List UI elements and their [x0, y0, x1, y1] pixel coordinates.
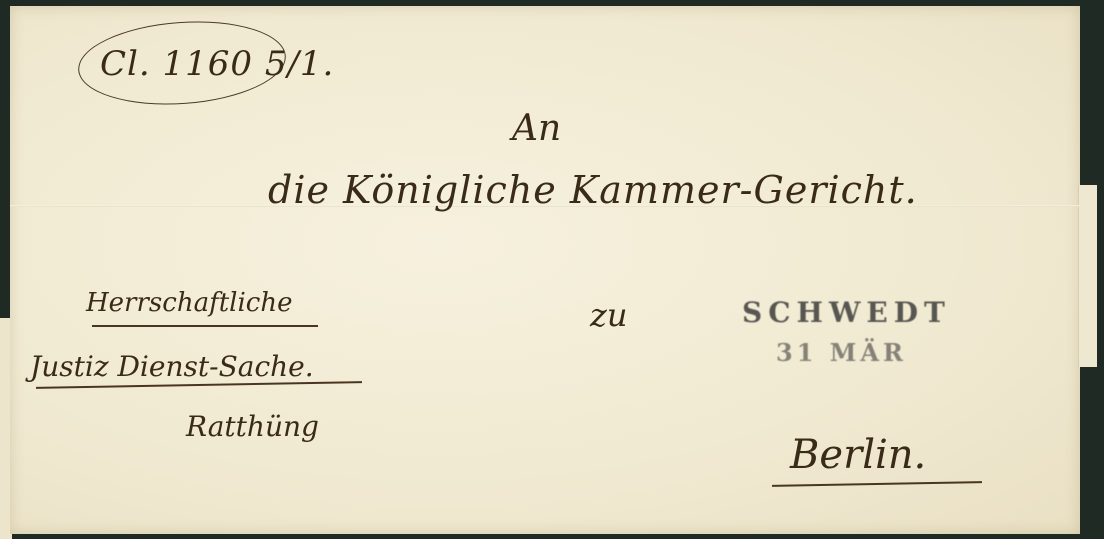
- paper-flap-right: [1078, 185, 1097, 367]
- sender-note-3: Ratthüng: [186, 410, 319, 443]
- reference-number: Cl. 1160 5/1.: [100, 44, 334, 84]
- postmark-date: 31 MÄR: [776, 338, 907, 367]
- sender-note-1: Herrschaftliche: [86, 288, 292, 318]
- address-salutation: An: [512, 108, 561, 149]
- sender-note-2: Justiz Dienst-Sache.: [30, 350, 314, 383]
- postmark-town: SCHWEDT: [742, 296, 951, 329]
- address-destination: Berlin.: [790, 432, 926, 478]
- note-underline-1: [92, 325, 318, 327]
- address-recipient: die Königliche Kammer-Gericht.: [268, 168, 918, 212]
- address-preposition: zu: [590, 296, 627, 334]
